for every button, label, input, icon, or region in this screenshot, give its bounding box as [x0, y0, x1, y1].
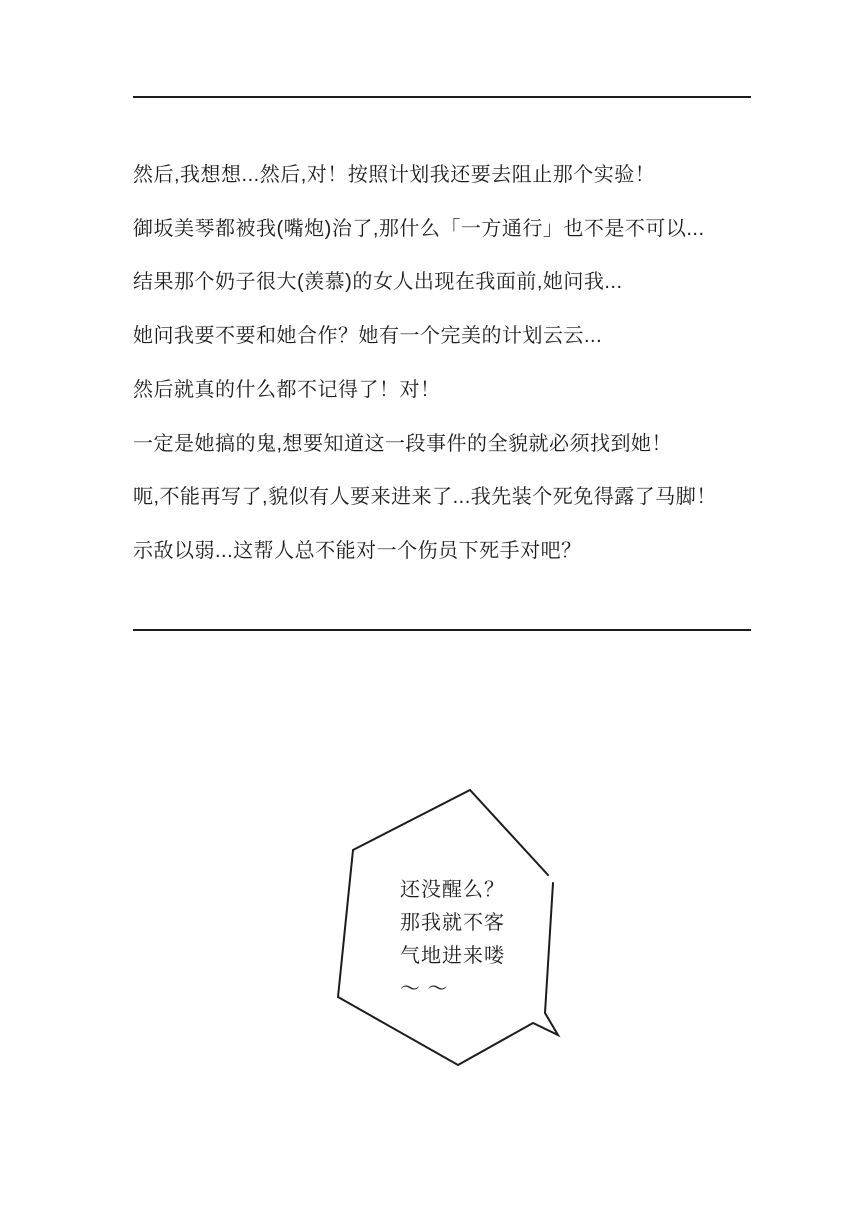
- speech-bubble-line: 那我就不客: [400, 907, 505, 940]
- speech-bubble-line: 还没醒么？: [400, 874, 505, 907]
- comic-page: 然后,我想想...然后,对！按照计划我还要去阻止那个实验！御坂美琴都被我(嘴炮)…: [0, 0, 868, 1227]
- speech-bubble-outline: [0, 0, 868, 1227]
- speech-bubble-line: ～ ～: [400, 973, 505, 1006]
- speech-bubble-text: 还没醒么？那我就不客气地进来喽～ ～: [400, 874, 505, 1006]
- speech-bubble-line: 气地进来喽: [400, 940, 505, 973]
